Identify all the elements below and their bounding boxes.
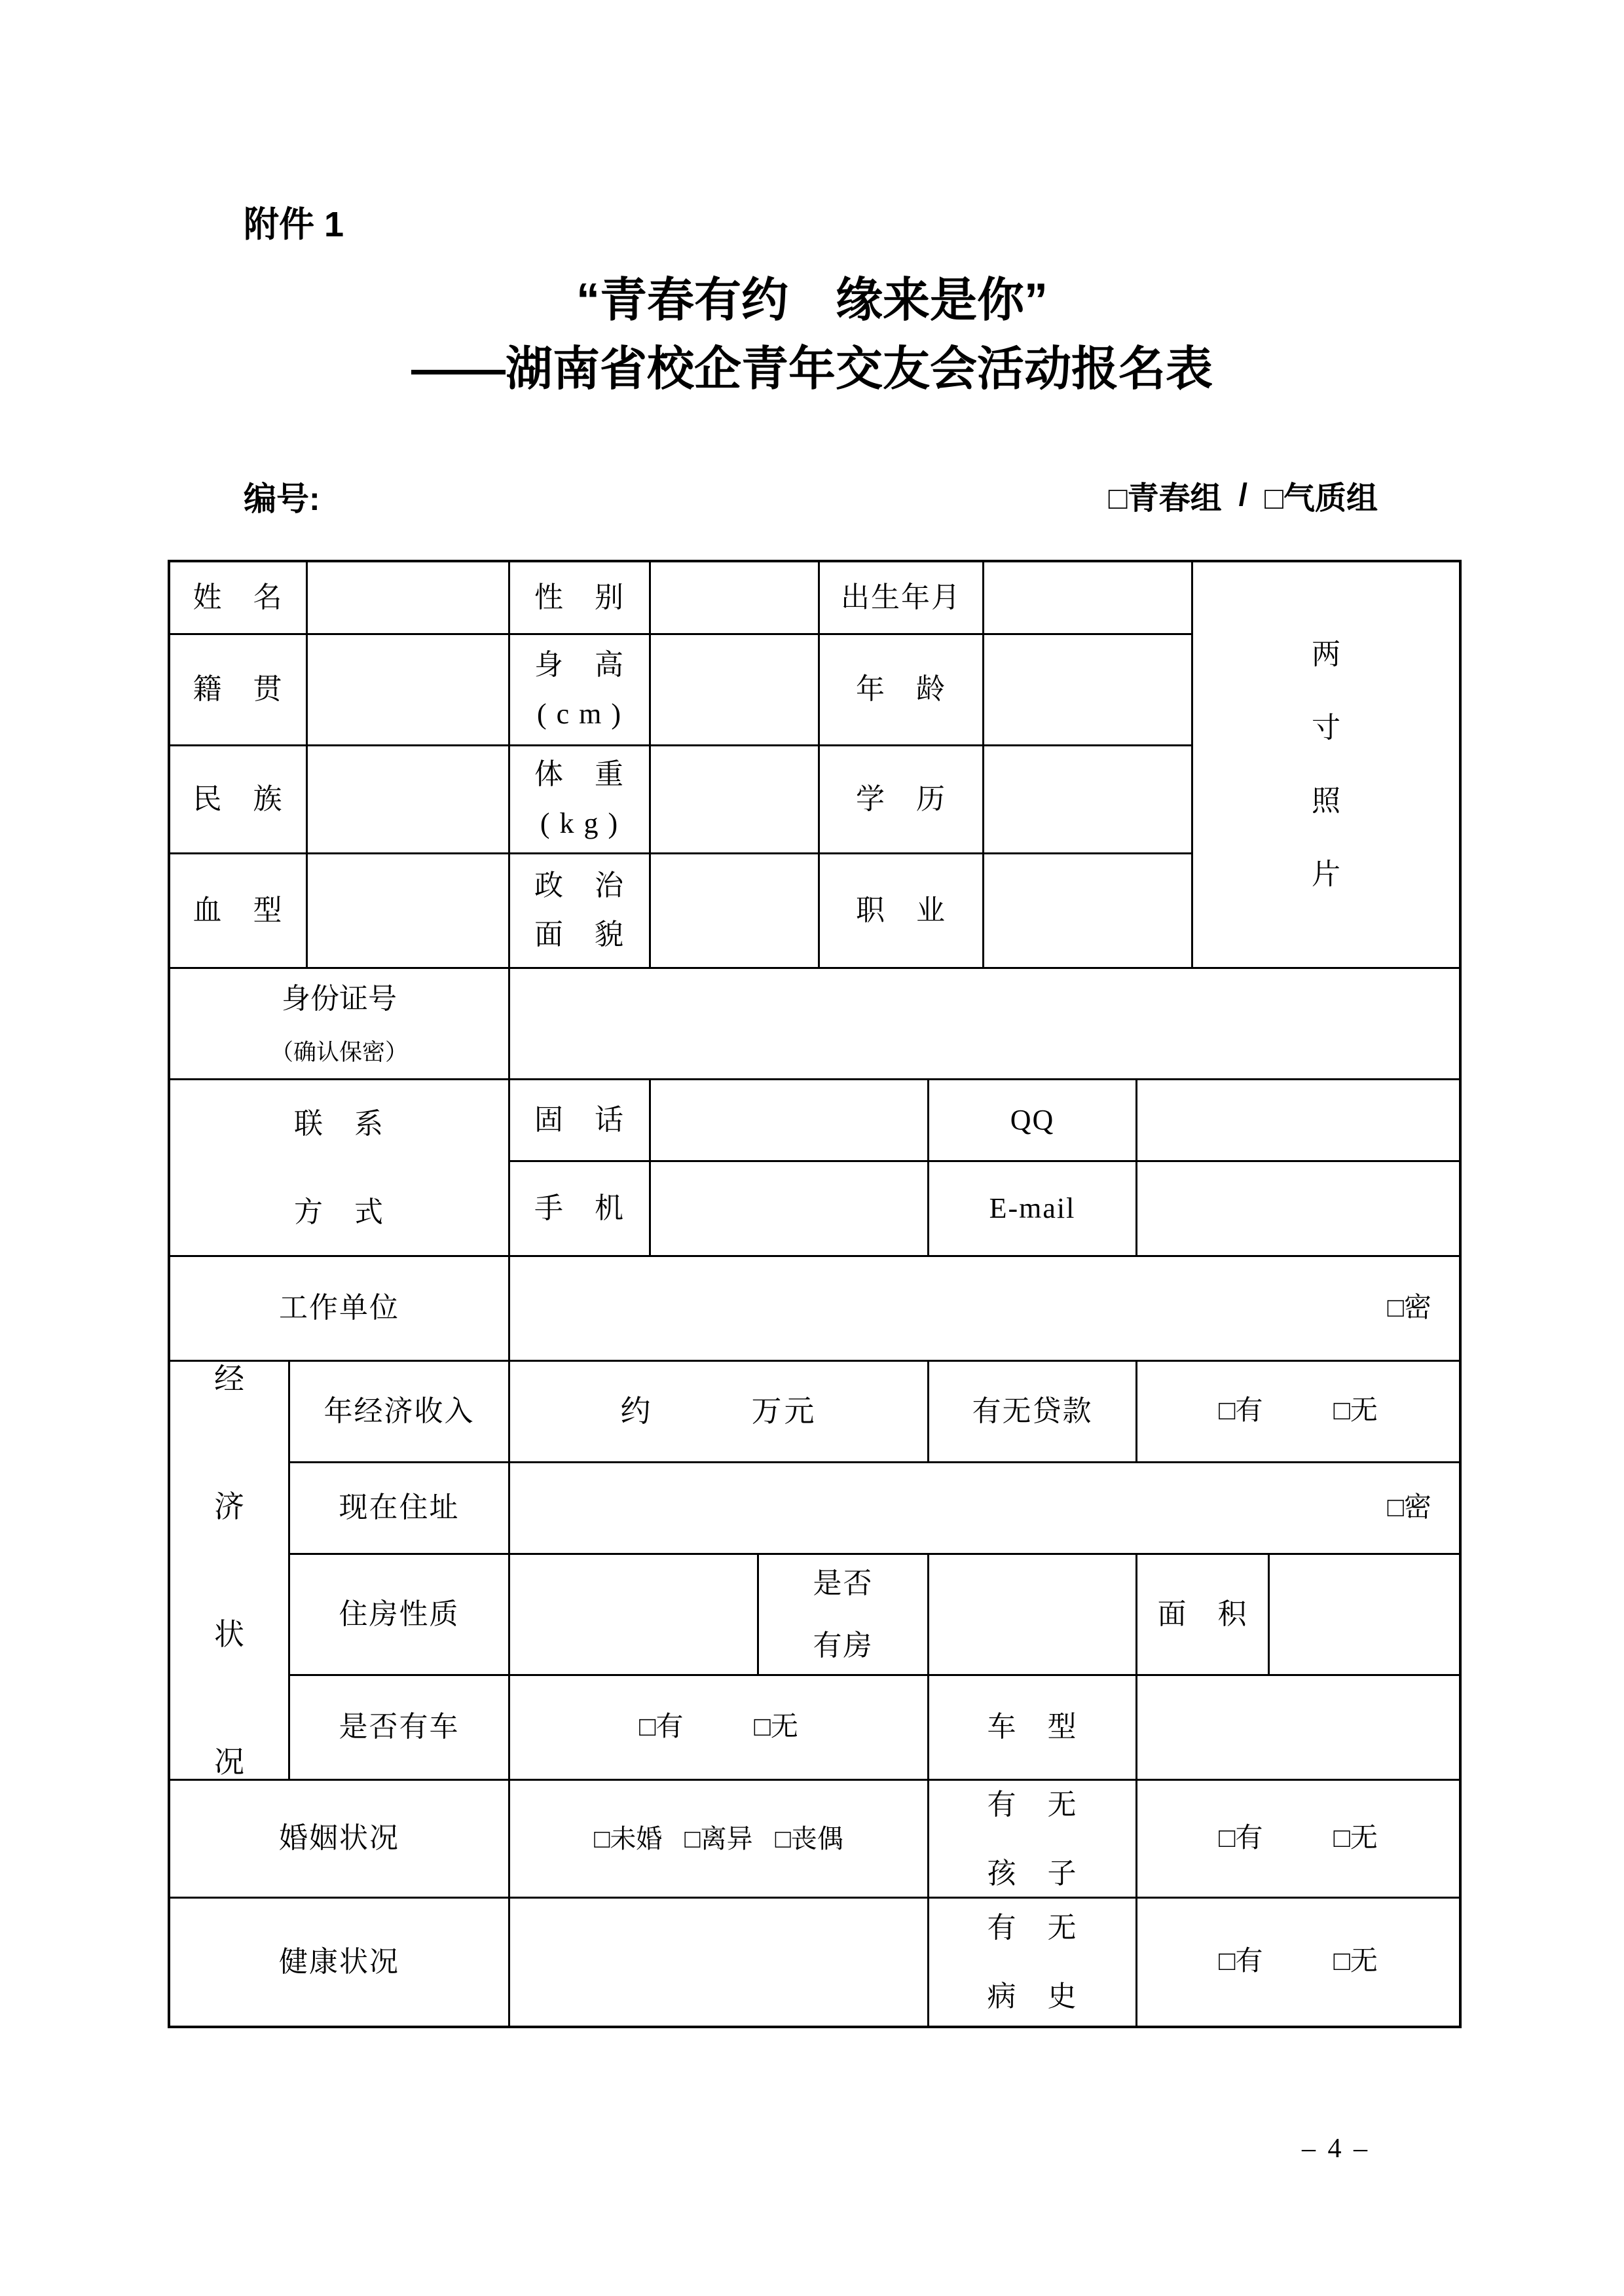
gender-label: 性 别 xyxy=(510,562,649,633)
form-title-line2: ——湖南省校企青年交友会活动报名表 xyxy=(0,331,1624,399)
occupation-input[interactable] xyxy=(984,854,1191,967)
housing-type-input[interactable] xyxy=(510,1555,757,1674)
telephone-label: 固 话 xyxy=(510,1080,649,1160)
height-input[interactable] xyxy=(651,635,818,744)
name-label: 姓 名 xyxy=(170,562,306,633)
mobile-label: 手 机 xyxy=(510,1162,649,1255)
children-options: □有 □无 xyxy=(1137,1781,1459,1897)
origin-input[interactable] xyxy=(308,635,508,744)
temperament-group-checkbox[interactable]: □气质组 xyxy=(1264,473,1378,518)
contact-label: 联 系 方 式 xyxy=(170,1080,508,1255)
has-car-label: 是否有车 xyxy=(290,1676,508,1779)
weight-label: 体 重 ( k g ) xyxy=(510,746,649,852)
divorced-checkbox[interactable]: □离异 xyxy=(684,1817,752,1861)
address-secret-checkbox[interactable]: □密 xyxy=(1388,1485,1431,1531)
current-address-label: 现在住址 xyxy=(290,1463,508,1553)
idcard-label: 身份证号 （确认保密） xyxy=(170,969,508,1078)
age-label: 年 龄 xyxy=(820,635,982,744)
health-status-label: 健康状况 xyxy=(170,1899,508,2026)
loan-options: □有 □无 xyxy=(1137,1362,1459,1461)
age-input[interactable] xyxy=(984,635,1191,744)
birthdate-input[interactable] xyxy=(984,562,1191,633)
education-input[interactable] xyxy=(984,746,1191,852)
has-house-label: 是否 有房 xyxy=(759,1555,927,1674)
annual-income-label: 年经济收入 xyxy=(290,1362,508,1461)
work-unit-input[interactable]: □密 xyxy=(510,1257,1459,1360)
medical-history-options: □有 □无 xyxy=(1137,1899,1459,2026)
loan-label: 有无贷款 xyxy=(929,1362,1135,1461)
car-yes-checkbox[interactable]: □有 xyxy=(639,1704,683,1751)
idcard-label-sub: （确认保密） xyxy=(270,1033,408,1072)
ethnicity-input[interactable] xyxy=(308,746,508,852)
car-options: □有 □无 xyxy=(510,1676,927,1779)
page-number: – 4 – xyxy=(1257,2133,1414,2164)
annual-income-input[interactable]: 约 万元 xyxy=(510,1362,927,1461)
health-status-input[interactable] xyxy=(510,1899,927,2026)
medical-history-label: 有 无 病 史 xyxy=(929,1899,1135,2026)
serial-number-label: 编号: xyxy=(244,473,320,520)
history-no-checkbox[interactable]: □无 xyxy=(1334,1939,1378,1985)
qq-label: QQ xyxy=(929,1080,1135,1160)
has-children-label: 有 无 孩 子 xyxy=(929,1781,1135,1897)
form-title-line1: “青春有约 缘来是你” xyxy=(0,262,1624,330)
youth-group-checkbox[interactable]: □青春组 xyxy=(1109,473,1222,518)
children-no-checkbox[interactable]: □无 xyxy=(1334,1815,1378,1862)
car-model-input[interactable] xyxy=(1137,1676,1459,1779)
marital-options: □未婚 □离异 □丧偶 xyxy=(510,1781,927,1897)
has-house-input[interactable] xyxy=(929,1555,1135,1674)
political-status-label: 政 治 面 貌 xyxy=(510,854,649,967)
loan-no-checkbox[interactable]: □无 xyxy=(1334,1388,1378,1434)
photo-area[interactable]: 两 寸 照 片 xyxy=(1193,562,1459,967)
document-page: 附件 1 “青春有约 缘来是你” ——湖南省校企青年交友会活动报名表 编号: □… xyxy=(0,0,1624,2296)
occupation-label: 职 业 xyxy=(820,854,982,967)
mobile-input[interactable] xyxy=(651,1162,927,1255)
blood-type-label: 血 型 xyxy=(170,854,306,967)
blood-type-input[interactable] xyxy=(308,854,508,967)
idcard-input[interactable] xyxy=(510,969,1459,1078)
qq-input[interactable] xyxy=(1137,1080,1459,1160)
registration-form-table: 姓 名 性 别 出生年月 两 寸 照 片 籍 贯 身 高 ( c m ) 年 龄… xyxy=(168,560,1462,2028)
economy-section-label: 经 济 状 况 xyxy=(170,1362,288,1779)
house-area-input[interactable] xyxy=(1270,1555,1459,1674)
political-status-input[interactable] xyxy=(651,854,818,967)
weight-input[interactable] xyxy=(651,746,818,852)
history-yes-checkbox[interactable]: □有 xyxy=(1219,1939,1263,1985)
name-input[interactable] xyxy=(308,562,508,633)
car-no-checkbox[interactable]: □无 xyxy=(754,1704,798,1751)
loan-yes-checkbox[interactable]: □有 xyxy=(1219,1388,1263,1434)
attachment-label: 附件 1 xyxy=(244,196,344,247)
education-label: 学 历 xyxy=(820,746,982,852)
birthdate-label: 出生年月 xyxy=(820,562,982,633)
work-secret-checkbox[interactable]: □密 xyxy=(1388,1285,1431,1332)
widowed-checkbox[interactable]: □丧偶 xyxy=(775,1817,843,1861)
email-label: E-mail xyxy=(929,1162,1135,1255)
height-label: 身 高 ( c m ) xyxy=(510,635,649,744)
car-model-label: 车 型 xyxy=(929,1676,1135,1779)
email-input[interactable] xyxy=(1137,1162,1459,1255)
origin-label: 籍 贯 xyxy=(170,635,306,744)
gender-input[interactable] xyxy=(651,562,818,633)
group-separator: / xyxy=(1239,477,1247,513)
group-choice-row: □青春组 / □气质组 xyxy=(1109,473,1378,518)
telephone-input[interactable] xyxy=(651,1080,927,1160)
children-yes-checkbox[interactable]: □有 xyxy=(1219,1815,1263,1862)
marital-status-label: 婚姻状况 xyxy=(170,1781,508,1897)
ethnicity-label: 民 族 xyxy=(170,746,306,852)
unmarried-checkbox[interactable]: □未婚 xyxy=(594,1817,662,1861)
idcard-label-main: 身份证号 xyxy=(282,975,397,1024)
current-address-input[interactable]: □密 xyxy=(510,1463,1459,1553)
house-area-label: 面 积 xyxy=(1137,1555,1268,1674)
housing-type-label: 住房性质 xyxy=(290,1555,508,1674)
